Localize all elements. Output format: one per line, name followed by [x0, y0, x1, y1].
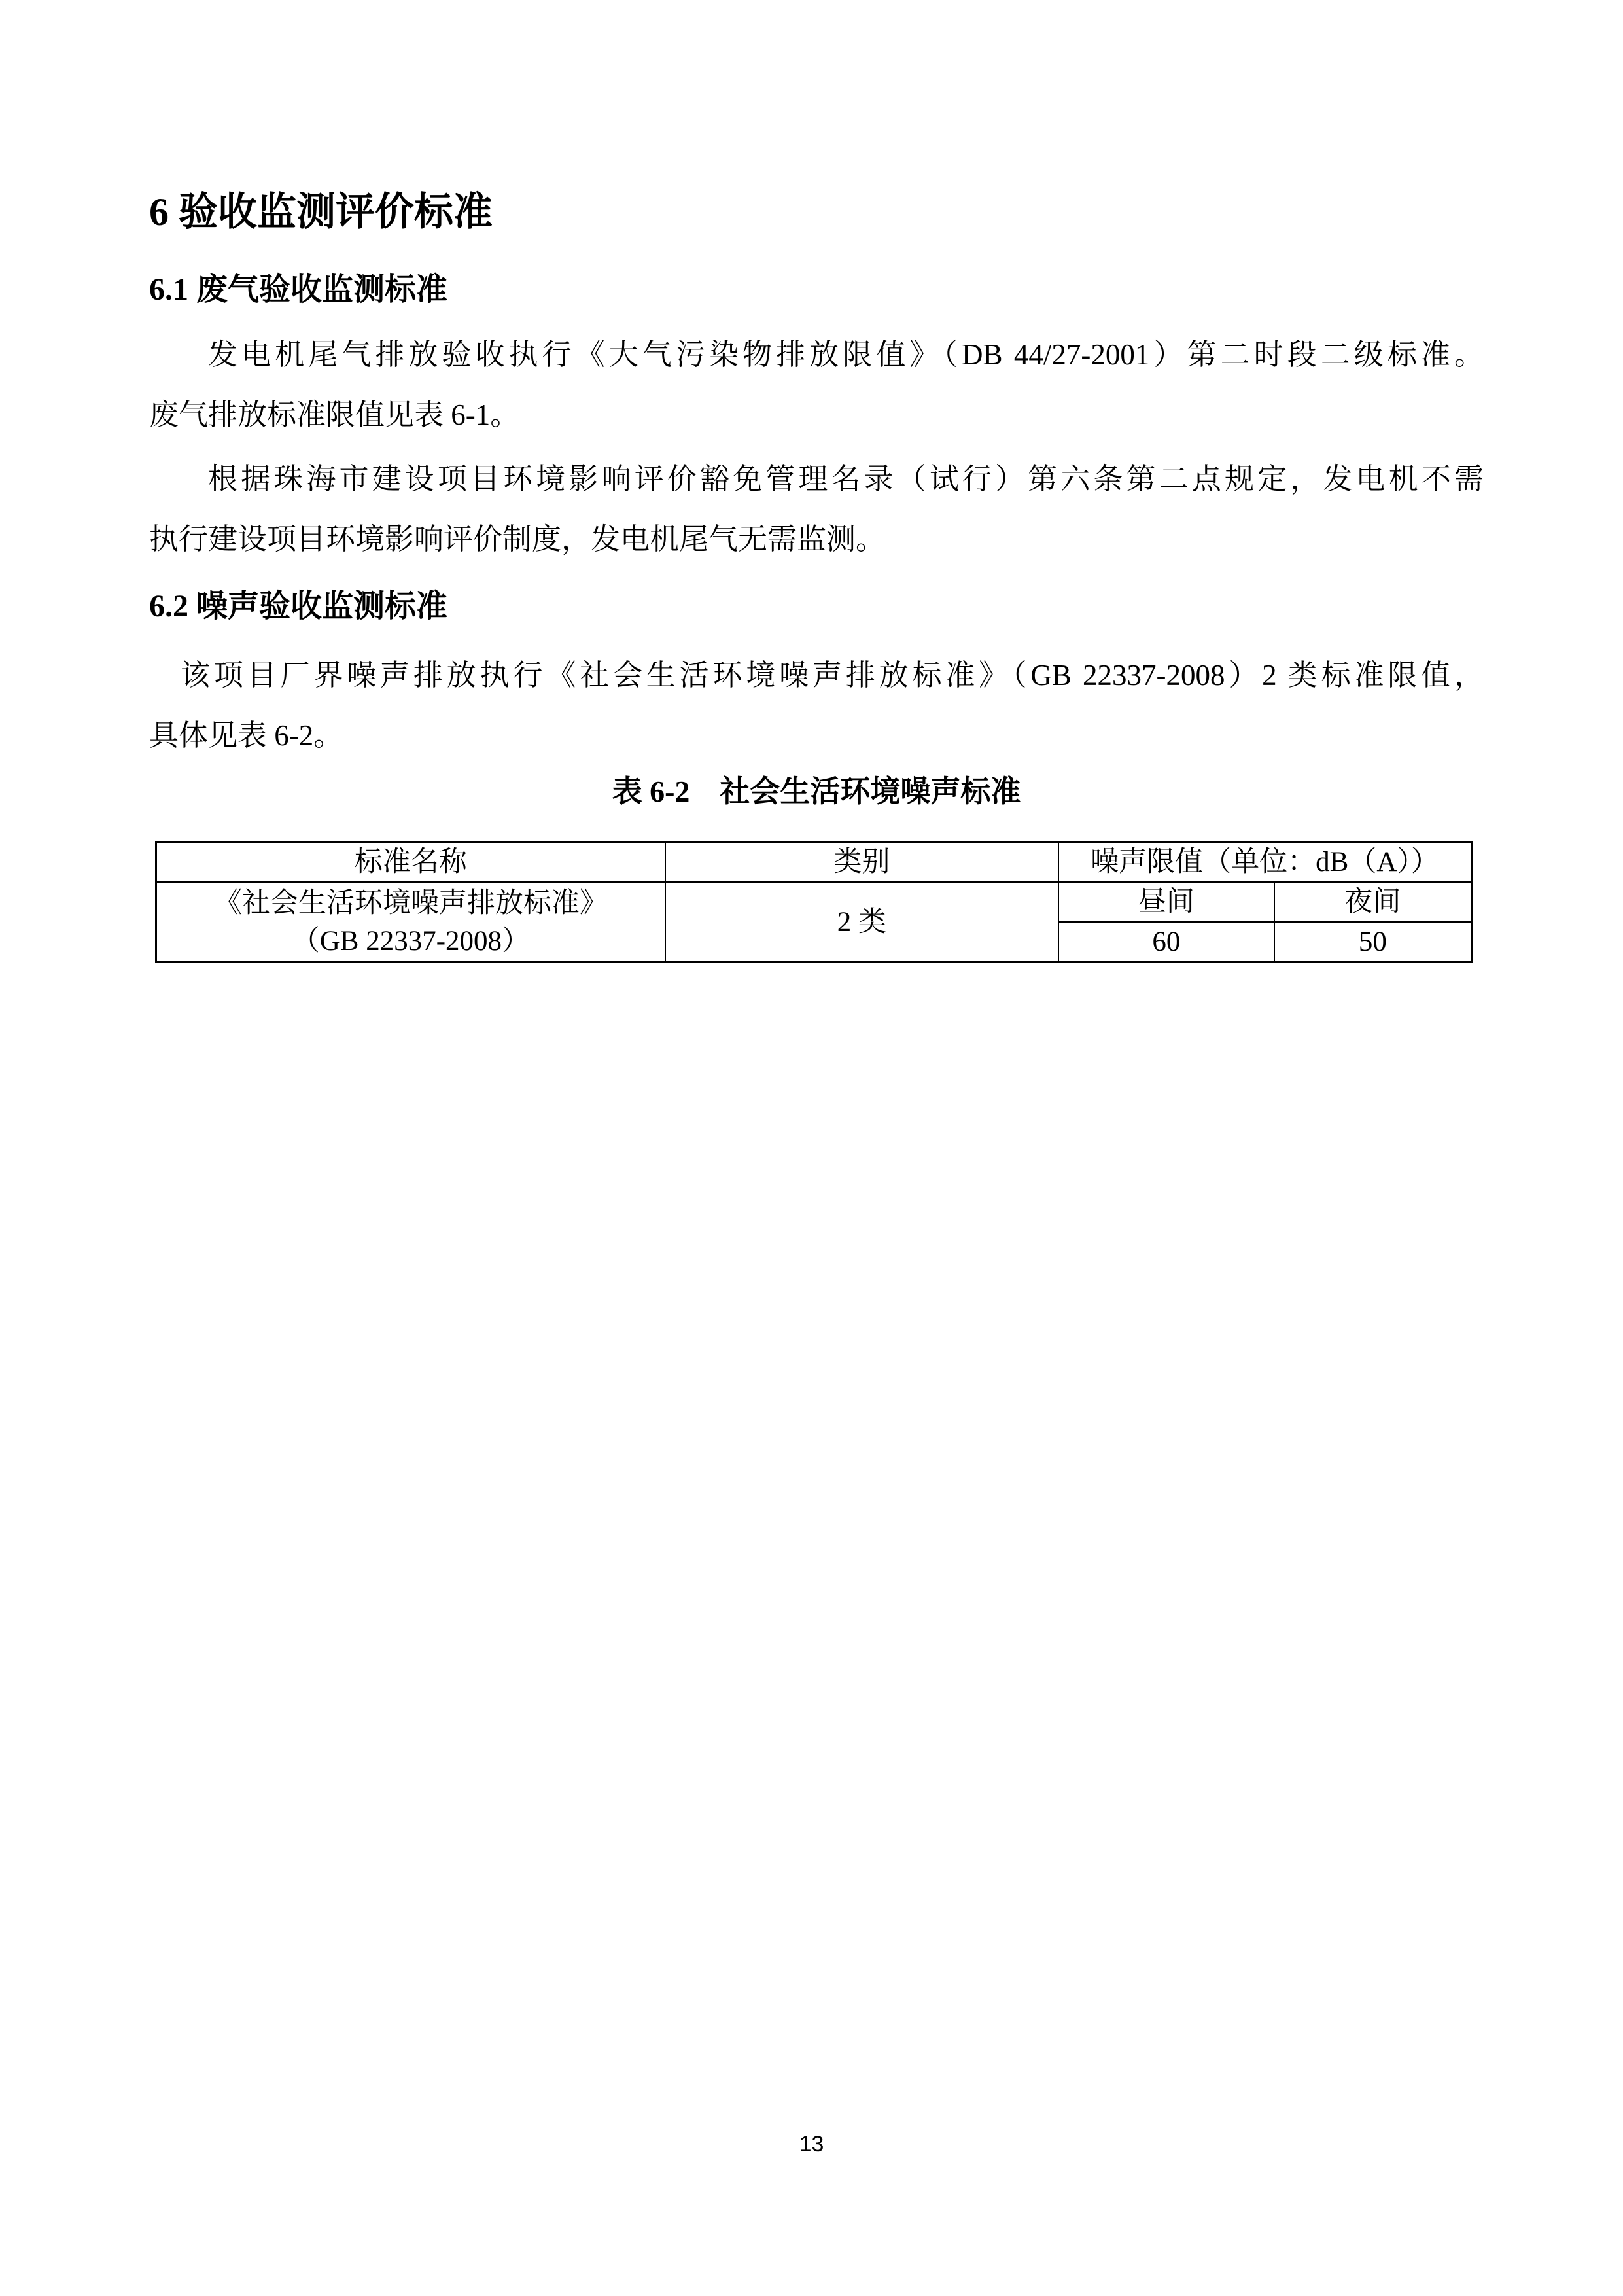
- document-page: 6 验收监测评价标准 6.1 废气验收监测标准 发电机尾气排放验收执行《大气污染…: [0, 0, 1623, 2296]
- paragraph-noise: 该项目厂界噪声排放执行《社会生活环境噪声排放标准》（GB 22337-2008）…: [149, 645, 1484, 766]
- section-title: 6 验收监测评价标准: [149, 188, 1484, 236]
- paragraph-line: 具体见表 6-2。: [149, 705, 1484, 766]
- paragraph-line: 废气排放标准限值见表 6-1。: [149, 385, 1484, 445]
- table-caption: 表 6-2 社会生活环境噪声标准: [149, 773, 1484, 809]
- day-label-cell: 昼间: [1058, 883, 1274, 923]
- standard-name-line: 《社会生活环境噪声排放标准》: [157, 885, 665, 923]
- night-label-cell: 夜间: [1274, 883, 1472, 923]
- header-noise-limit: 噪声限值（单位：dB（A））: [1058, 843, 1471, 883]
- paragraph-waste-gas: 发电机尾气排放验收执行《大气污染物排放限值》（DB 44/27-2001）第二时…: [149, 325, 1484, 445]
- subsection-title-waste-gas: 6.1 废气验收监测标准: [149, 271, 1484, 309]
- noise-standard-table: 标准名称 类别 噪声限值（单位：dB（A）） 《社会生活环境噪声排放标准》 （G…: [155, 841, 1473, 963]
- paragraph-line: 执行建设项目环境影响评价制度，发电机尾气无需监测。: [149, 509, 1484, 569]
- table-header-row: 标准名称 类别 噪声限值（单位：dB（A））: [156, 843, 1472, 883]
- header-standard-name: 标准名称: [156, 843, 665, 883]
- standard-name-line: （GB 22337-2008）: [157, 923, 665, 961]
- category-cell: 2 类: [665, 883, 1058, 963]
- paragraph-line: 该项目厂界噪声排放执行《社会生活环境噪声排放标准》（GB 22337-2008）…: [149, 645, 1484, 705]
- header-category: 类别: [665, 843, 1058, 883]
- table-row: 《社会生活环境噪声排放标准》 （GB 22337-2008） 2 类 昼间 夜间: [156, 883, 1472, 923]
- day-value-cell: 60: [1058, 923, 1274, 963]
- paragraph-line: 发电机尾气排放验收执行《大气污染物排放限值》（DB 44/27-2001）第二时…: [149, 325, 1484, 385]
- subsection-title-noise: 6.2 噪声验收监测标准: [149, 588, 1484, 626]
- page-number: 13: [0, 2132, 1623, 2157]
- paragraph-exemption: 根据珠海市建设项目环境影响评价豁免管理名录（试行）第六条第二点规定，发电机不需 …: [149, 449, 1484, 569]
- standard-name-cell: 《社会生活环境噪声排放标准》 （GB 22337-2008）: [156, 883, 665, 963]
- night-value-cell: 50: [1274, 923, 1472, 963]
- paragraph-line: 根据珠海市建设项目环境影响评价豁免管理名录（试行）第六条第二点规定，发电机不需: [149, 449, 1484, 509]
